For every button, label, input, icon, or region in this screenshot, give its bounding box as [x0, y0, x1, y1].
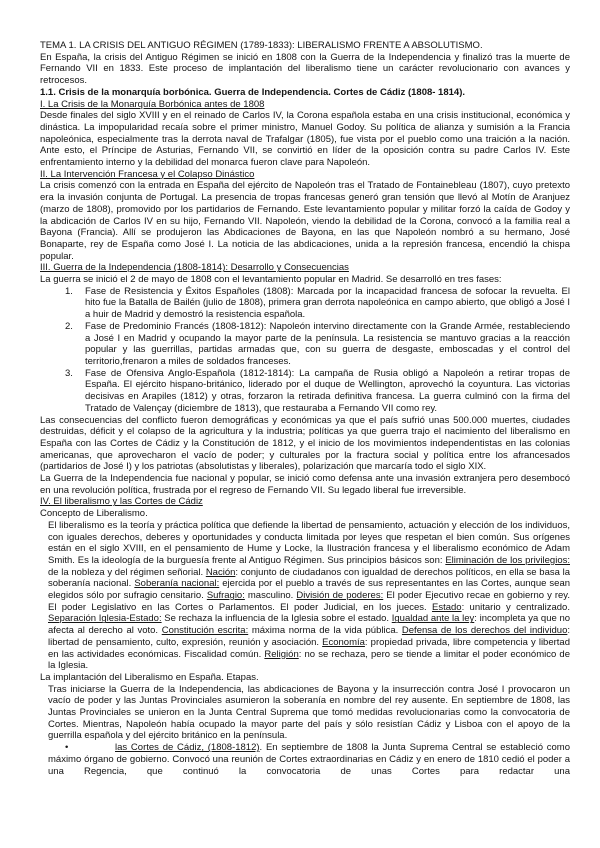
text-run: Defensa de los derechos del individuo [402, 625, 567, 636]
text-run: Sufragio: [207, 590, 245, 601]
text-run: Desde finales del siglo XVIII y en el re… [40, 110, 570, 168]
paragraph-balance-guerra: La Guerra de la Independencia fue nacion… [40, 473, 570, 496]
text-run: Fase de Resistencia y Éxitos Españoles (… [85, 286, 570, 320]
text-run: Las consecuencias del conflicto fueron d… [40, 415, 570, 473]
text-run: Fase de Ofensiva Anglo-Española (1812-18… [85, 368, 570, 414]
text-run: Nación [206, 567, 236, 578]
bullet-marker: • [65, 742, 115, 754]
label-implantacion-etapas: La implantación del Liberalismo en Españ… [40, 672, 570, 684]
paragraph-consecuencias: Las consecuencias del conflicto fueron d… [40, 415, 570, 474]
text-run: Se rechaza la influencia de la Iglesia s… [162, 613, 392, 624]
paragraph-crisis-borbonica: Desde finales del siglo XVIII y en el re… [40, 110, 570, 169]
list-number: 3. [65, 368, 73, 380]
list-item-fase-1: 1.Fase de Resistencia y Éxitos Españoles… [85, 286, 570, 321]
text-run: Constitución escrita: [162, 625, 249, 636]
paragraph-intervencion: La crisis comenzó con la entrada en Espa… [40, 180, 570, 262]
text-run: máxima norma de la vida pública. [248, 625, 402, 636]
paragraph-concepto-liberalismo: El liberalismo es la teoría y práctica p… [48, 520, 570, 672]
text-run: La Guerra de la Independencia fue nacion… [40, 473, 570, 496]
text-run: Eliminación de los privilegios: [445, 555, 570, 566]
text-run: 1.1. Crisis de la monarquía borbónica. G… [40, 87, 465, 98]
text-run: TEMA 1. LA CRISIS DEL ANTIGUO RÉGIMEN (1… [40, 40, 483, 51]
text-run: IV. El liberalismo y las Cortes de Cádiz [40, 496, 203, 507]
list-item-fase-2: 2.Fase de Predominio Francés (1808-1812)… [85, 321, 570, 368]
list-item-fase-3: 3.Fase de Ofensiva Anglo-Española (1812-… [85, 368, 570, 415]
text-run: : unitario y centralizado. [462, 602, 570, 613]
text-run: masculino. [245, 590, 296, 601]
text-run: Igualdad ante la ley [392, 613, 475, 624]
text-run: I. La Crisis de la Monarquía Borbónica a… [40, 99, 264, 110]
text-run: La crisis comenzó con la entrada en Espa… [40, 180, 570, 261]
text-run: Separación Iglesia-Estado: [48, 613, 162, 624]
list-number: 2. [65, 321, 73, 333]
heading-III-guerra-independencia: III. Guerra de la Independencia (1808-18… [40, 262, 570, 274]
bullet-cortes-cadiz: •las Cortes de Cádiz, (1808-1812). En se… [48, 742, 570, 777]
text-run: Estado [432, 602, 462, 613]
text-run: Religión [264, 649, 298, 660]
intro-paragraph: En España, la crisis del Antiguo Régimen… [40, 52, 570, 87]
heading-IV-liberalismo-cortes: IV. El liberalismo y las Cortes de Cádiz [40, 496, 570, 508]
text-run: Economía [322, 637, 365, 648]
label-concepto-liberalismo: Concepto de Liberalismo. [40, 508, 570, 520]
text-run: División de poderes: [296, 590, 383, 601]
document-page: TEMA 1. LA CRISIS DEL ANTIGUO RÉGIMEN (1… [0, 0, 600, 848]
text-run: Concepto de Liberalismo. [40, 508, 148, 519]
text-run: de la nobleza y del régimen señorial. [48, 567, 206, 578]
text-run: La implantación del Liberalismo en Españ… [40, 672, 259, 683]
list-number: 1. [65, 286, 73, 298]
text-run: Soberanía nacional: [134, 578, 219, 589]
heading-I-crisis-monarquia: I. La Crisis de la Monarquía Borbónica a… [40, 99, 570, 111]
paragraph-guerra-inicio: La guerra se inició el 2 de mayo de 1808… [40, 274, 570, 286]
text-run: Tras iniciarse la Guerra de la Independe… [48, 684, 570, 742]
text-run: En España, la crisis del Antiguo Régimen… [40, 52, 570, 86]
doc-title: TEMA 1. LA CRISIS DEL ANTIGUO RÉGIMEN (1… [40, 40, 570, 52]
text-run: las Cortes de Cádiz, (1808-1812) [115, 742, 260, 753]
text-run: III. Guerra de la Independencia (1808-18… [40, 262, 349, 273]
text-run: La guerra se inició el 2 de mayo de 1808… [40, 274, 502, 285]
section-heading-1-1: 1.1. Crisis de la monarquía borbónica. G… [40, 87, 570, 99]
text-run: II. La Intervención Francesa y el Colaps… [40, 169, 254, 180]
paragraph-etapas: Tras iniciarse la Guerra de la Independe… [48, 684, 570, 743]
text-run: Fase de Predominio Francés (1808-1812): … [85, 321, 570, 367]
heading-II-intervencion-francesa: II. La Intervención Francesa y el Colaps… [40, 169, 570, 181]
